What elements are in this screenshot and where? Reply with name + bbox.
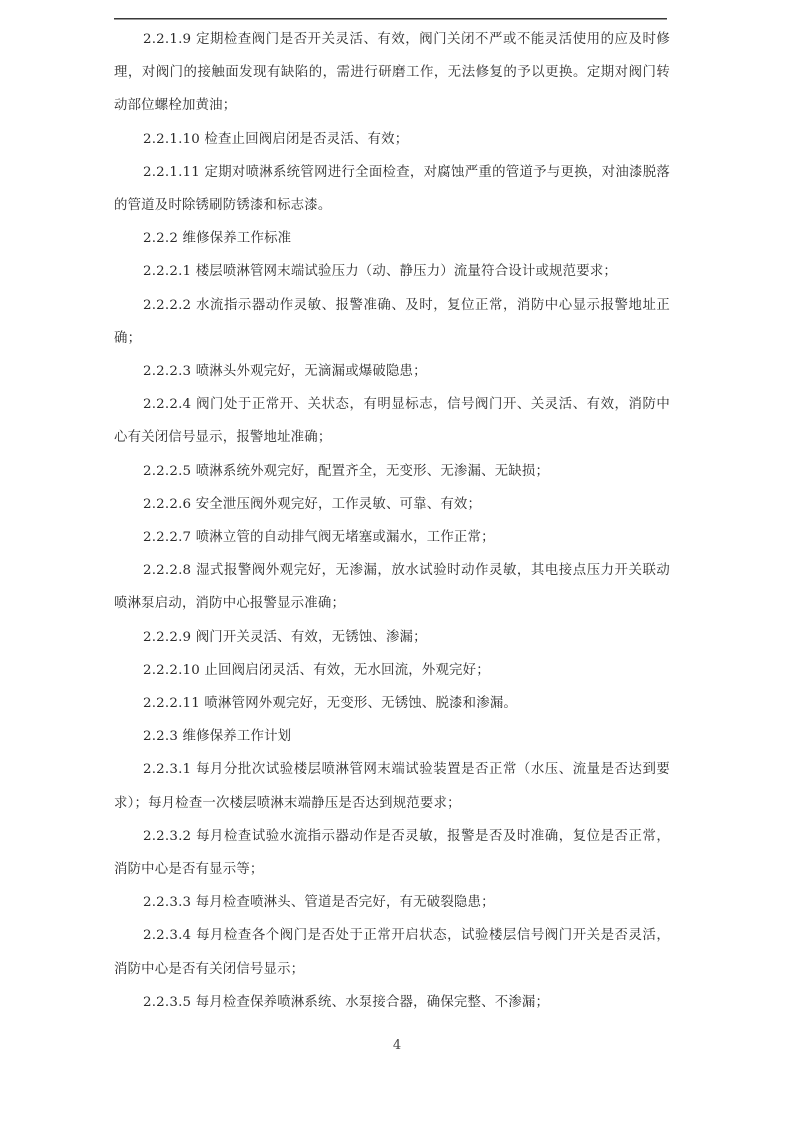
paragraph-2-2-3-4: 2.2.3.4 每月检查各个阀门是否处于正常开启状态，试验楼层信号阀门开关是否灵… — [114, 919, 670, 985]
paragraph-2-2-2-9: 2.2.2.9 阀门开关灵活、有效，无锈蚀、渗漏； — [114, 621, 670, 654]
paragraph-2-2-1-10: 2.2.1.10 检查止回阀启闭是否灵活、有效； — [114, 123, 670, 156]
paragraph-2-2-3-5: 2.2.3.5 每月检查保养喷淋系统、水泵接合器，确保完整、不渗漏； — [114, 986, 670, 1019]
paragraph-2-2-2-4: 2.2.2.4 阀门处于正常开、关状态，有明显标志，信号阀门开、关灵活、有效，消… — [114, 388, 670, 454]
paragraph-2-2-2-8: 2.2.2.8 湿式报警阀外观完好，无渗漏，放水试验时动作灵敏，其电接点压力开关… — [114, 554, 670, 620]
paragraph-2-2-2-3: 2.2.2.3 喷淋头外观完好，无滴漏或爆破隐患； — [114, 355, 670, 388]
document-body: 2.2.1.9 定期检查阀门是否开关灵活、有效，阀门关闭不严或不能灵活使用的应及… — [114, 23, 670, 1019]
paragraph-2-2-2-6: 2.2.2.6 安全泄压阀外观完好，工作灵敏、可靠、有效； — [114, 488, 670, 521]
section-heading-2-2-3: 2.2.3 维修保养工作计划 — [114, 720, 670, 753]
paragraph-2-2-2-2: 2.2.2.2 水流指示器动作灵敏、报警准确、及时，复位正常，消防中心显示报警地… — [114, 289, 670, 355]
section-heading-2-2-2: 2.2.2 维修保养工作标准 — [114, 222, 670, 255]
paragraph-2-2-2-10: 2.2.2.10 止回阀启闭灵活、有效，无水回流，外观完好； — [114, 654, 670, 687]
paragraph-2-2-2-1: 2.2.2.1 楼层喷淋管网末端试验压力（动、静压力）流量符合设计或规范要求； — [114, 255, 670, 288]
paragraph-2-2-2-7: 2.2.2.7 喷淋立管的自动排气阀无堵塞或漏水，工作正常； — [114, 521, 670, 554]
paragraph-2-2-2-11: 2.2.2.11 喷淋管网外观完好，无变形、无锈蚀、脱漆和渗漏。 — [114, 687, 670, 720]
paragraph-2-2-3-3: 2.2.3.3 每月检查喷淋头、管道是否完好，有无破裂隐患； — [114, 886, 670, 919]
header-rule — [114, 18, 667, 20]
paragraph-2-2-2-5: 2.2.2.5 喷淋系统外观完好，配置齐全，无变形、无渗漏、无缺损； — [114, 455, 670, 488]
paragraph-2-2-3-1: 2.2.3.1 每月分批次试验楼层喷淋管网末端试验装置是否正常（水压、流量是否达… — [114, 753, 670, 819]
paragraph-2-2-1-11: 2.2.1.11 定期对喷淋系统管网进行全面检查，对腐蚀严重的管道予与更换，对油… — [114, 156, 670, 222]
page-number: 4 — [0, 1038, 794, 1053]
paragraph-2-2-1-9: 2.2.1.9 定期检查阀门是否开关灵活、有效，阀门关闭不严或不能灵活使用的应及… — [114, 23, 670, 123]
paragraph-2-2-3-2: 2.2.3.2 每月检查试验水流指示器动作是否灵敏，报警是否及时准确，复位是否正… — [114, 820, 670, 886]
